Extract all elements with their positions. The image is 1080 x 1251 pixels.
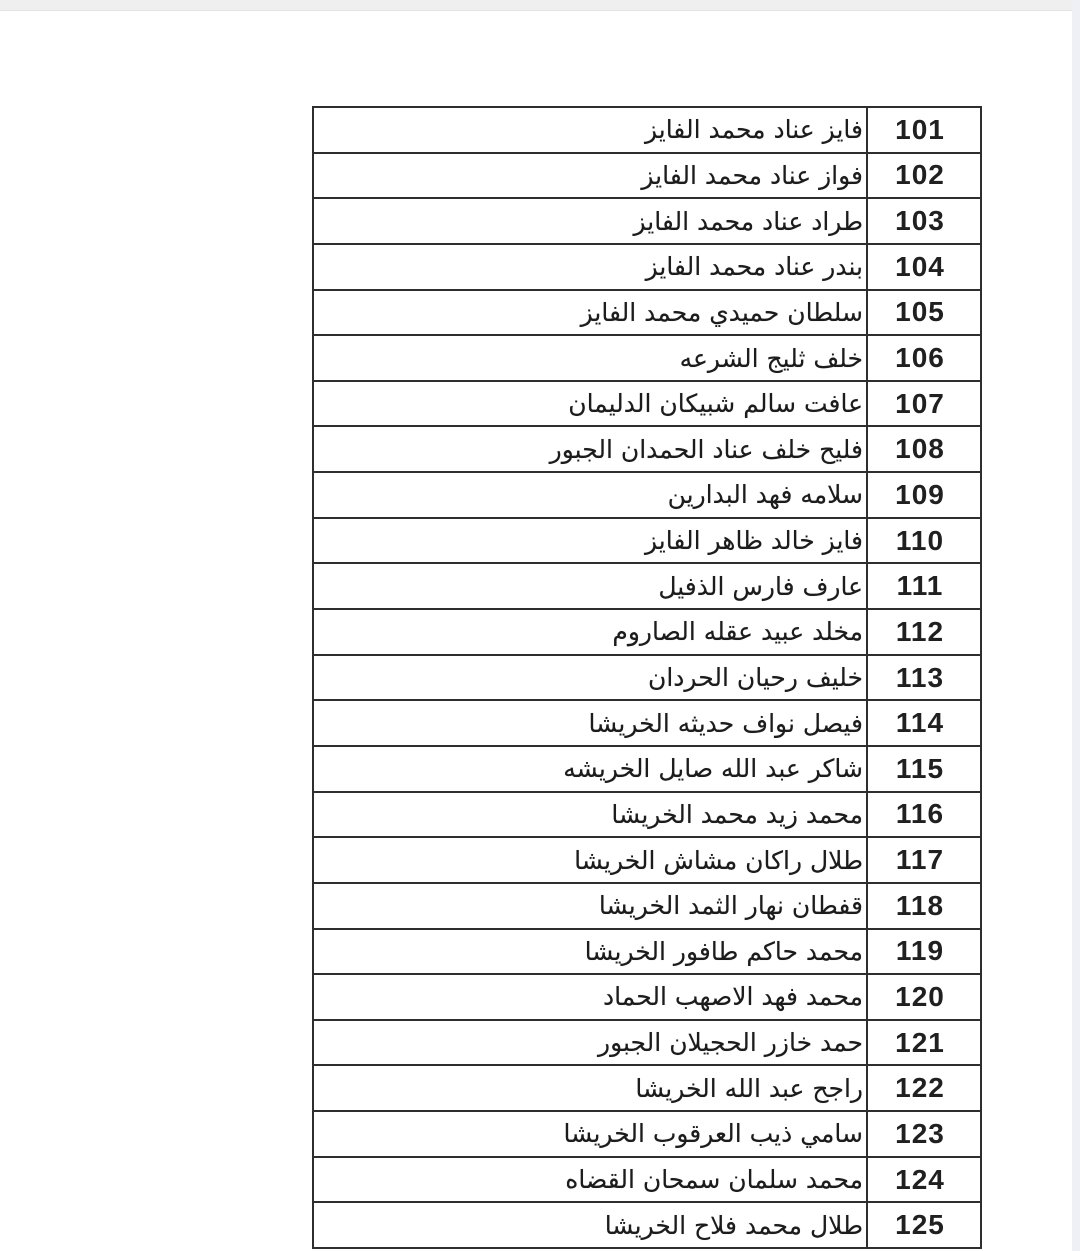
number-cell: 124 (866, 1158, 980, 1202)
number-cell: 125 (866, 1203, 980, 1247)
number-cell: 114 (866, 701, 980, 745)
number-cell: 110 (866, 519, 980, 563)
name-cell: محمد حاكم طافور الخريشا (314, 930, 866, 974)
name-cell: شاكر عبد الله صايل الخريشه (314, 747, 866, 791)
name-cell: محمد فهد الاصهب الحماد (314, 975, 866, 1019)
table-row: خلف ثليج الشرعه 106 (314, 336, 980, 382)
number-cell: 113 (866, 656, 980, 700)
table-row: طلال راكان مشاش الخريشا 117 (314, 838, 980, 884)
name-cell: محمد سلمان سمحان القضاه (314, 1158, 866, 1202)
number-cell: 106 (866, 336, 980, 380)
number-cell: 112 (866, 610, 980, 654)
number-cell: 120 (866, 975, 980, 1019)
table-row: طلال محمد فلاح الخريشا 125 (314, 1203, 980, 1247)
name-cell: محمد زيد محمد الخريشا (314, 793, 866, 837)
name-cell: مخلد عبيد عقله الصاروم (314, 610, 866, 654)
number-cell: 101 (866, 108, 980, 152)
table-row: فليح خلف عناد الحمدان الجبور 108 (314, 427, 980, 473)
right-edge-strip (1072, 0, 1080, 1251)
table-row: بندر عناد محمد الفايز 104 (314, 245, 980, 291)
table-row: فايز خالد ظاهر الفايز 110 (314, 519, 980, 565)
name-cell: سلامه فهد البدارين (314, 473, 866, 517)
number-cell: 104 (866, 245, 980, 289)
number-cell: 109 (866, 473, 980, 517)
name-cell: طلال محمد فلاح الخريشا (314, 1203, 866, 1247)
name-cell: عارف فارس الذفيل (314, 564, 866, 608)
table-row: فيصل نواف حديثه الخريشا 114 (314, 701, 980, 747)
name-cell: قفطان نهار الثمد الخريشا (314, 884, 866, 928)
number-cell: 107 (866, 382, 980, 426)
table-row: محمد زيد محمد الخريشا 116 (314, 793, 980, 839)
top-bar (0, 0, 1080, 11)
name-cell: راجح عبد الله الخريشا (314, 1066, 866, 1110)
table-row: مخلد عبيد عقله الصاروم 112 (314, 610, 980, 656)
table-row: طراد عناد محمد الفايز 103 (314, 199, 980, 245)
roster-table: فايز عناد محمد الفايز 101 فواز عناد محمد… (312, 106, 982, 1249)
name-cell: بندر عناد محمد الفايز (314, 245, 866, 289)
number-cell: 121 (866, 1021, 980, 1065)
number-cell: 102 (866, 154, 980, 198)
table-row: سلطان حميدي محمد الفايز 105 (314, 291, 980, 337)
name-cell: سلطان حميدي محمد الفايز (314, 291, 866, 335)
table-row: حمد خازر الحجيلان الجبور 121 (314, 1021, 980, 1067)
name-cell: خليف رحيان الحردان (314, 656, 866, 700)
number-cell: 117 (866, 838, 980, 882)
number-cell: 103 (866, 199, 980, 243)
name-cell: طراد عناد محمد الفايز (314, 199, 866, 243)
number-cell: 116 (866, 793, 980, 837)
number-cell: 123 (866, 1112, 980, 1156)
name-cell: فليح خلف عناد الحمدان الجبور (314, 427, 866, 471)
name-cell: طلال راكان مشاش الخريشا (314, 838, 866, 882)
table-row: عارف فارس الذفيل 111 (314, 564, 980, 610)
table-row: قفطان نهار الثمد الخريشا 118 (314, 884, 980, 930)
number-cell: 115 (866, 747, 980, 791)
name-cell: فايز عناد محمد الفايز (314, 108, 866, 152)
table-row: فايز عناد محمد الفايز 101 (314, 108, 980, 154)
table-row: سامي ذيب العرقوب الخريشا 123 (314, 1112, 980, 1158)
name-cell: حمد خازر الحجيلان الجبور (314, 1021, 866, 1065)
number-cell: 122 (866, 1066, 980, 1110)
number-cell: 111 (866, 564, 980, 608)
name-cell: عافت سالم شبيكان الدليمان (314, 382, 866, 426)
table-row: محمد حاكم طافور الخريشا 119 (314, 930, 980, 976)
number-cell: 119 (866, 930, 980, 974)
number-cell: 118 (866, 884, 980, 928)
table-row: عافت سالم شبيكان الدليمان 107 (314, 382, 980, 428)
name-cell: فيصل نواف حديثه الخريشا (314, 701, 866, 745)
table-row: راجح عبد الله الخريشا 122 (314, 1066, 980, 1112)
table-row: محمد سلمان سمحان القضاه 124 (314, 1158, 980, 1204)
name-cell: سامي ذيب العرقوب الخريشا (314, 1112, 866, 1156)
table-row: سلامه فهد البدارين 109 (314, 473, 980, 519)
name-cell: خلف ثليج الشرعه (314, 336, 866, 380)
name-cell: فواز عناد محمد الفايز (314, 154, 866, 198)
table-row: خليف رحيان الحردان 113 (314, 656, 980, 702)
table-row: محمد فهد الاصهب الحماد 120 (314, 975, 980, 1021)
table-row: فواز عناد محمد الفايز 102 (314, 154, 980, 200)
name-cell: فايز خالد ظاهر الفايز (314, 519, 866, 563)
number-cell: 108 (866, 427, 980, 471)
scanned-document-page: فايز عناد محمد الفايز 101 فواز عناد محمد… (0, 0, 1080, 1251)
number-cell: 105 (866, 291, 980, 335)
table-row: شاكر عبد الله صايل الخريشه 115 (314, 747, 980, 793)
